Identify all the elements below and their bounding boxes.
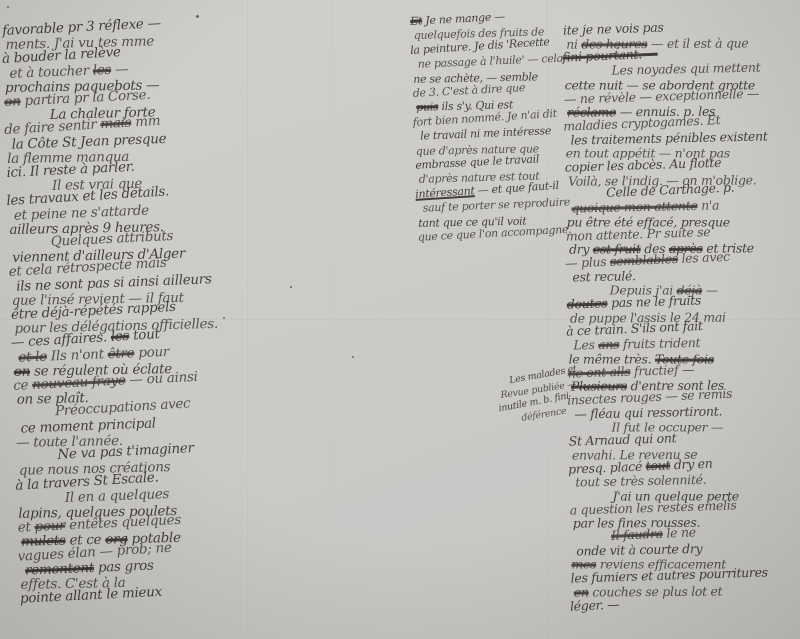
handwriting-text: Je ne mange — (422, 10, 506, 27)
handwriting-text: mm (131, 113, 161, 131)
struck-out-text: les (92, 61, 111, 78)
manuscript-page: favorable pr 3 réflexe —ments. J'ai vu t… (0, 0, 800, 639)
handwritten-line: onde vit à courte dry (576, 539, 800, 558)
handwritten-line: quoique mon attente n'a (571, 197, 800, 216)
handwriting-text: — ou ainsi (125, 369, 198, 389)
handwriting-text: fructief — (630, 361, 694, 378)
handwriting-text: pas ne le fruits (607, 292, 701, 310)
paper-speck (352, 356, 354, 358)
paper-speck (290, 286, 292, 288)
struck-out-text: Et (410, 14, 423, 28)
struck-out-text: ans (598, 337, 619, 352)
handwriting-text: onde vit à courte dry (576, 541, 702, 559)
struck-out-text: Il faudra (611, 526, 663, 543)
handwriting-text: ite je ne vois pas (563, 19, 664, 37)
handwriting-text: le ne (662, 524, 696, 540)
handwriting-text: fruits trident (619, 335, 700, 352)
handwriting-text: tout (129, 327, 160, 345)
handwriting-text: Les noyades qui mettent (611, 60, 760, 78)
handwritten-line: ite je ne vois pas (563, 16, 799, 37)
handwritten-line: tout se très solennité. (575, 471, 800, 490)
text-column-middle: Et Je ne mange —quelquefois des fruits d… (409, 9, 585, 245)
handwriting-text: n'a (697, 198, 719, 213)
text-column-left: favorable pr 3 réflexe —ments. J'ai vu t… (1, 16, 269, 606)
handwritten-line: est reculé. (572, 265, 800, 284)
handwritten-line: — fléau qui ressortiront. (574, 402, 800, 421)
handwriting-text: St Arnaud qui ont (568, 430, 676, 448)
struck-out-text: quoique mon attente (571, 198, 697, 216)
struck-out-text: tout (645, 457, 670, 473)
handwritten-line: les traitements pénibles existent (570, 128, 800, 147)
handwritten-line: Les ans fruits trident (573, 334, 800, 353)
paper-speck (7, 6, 9, 8)
fold-crease-vertical-middle (331, 0, 333, 639)
handwriting-text: — (111, 61, 129, 78)
struck-out-text: on (4, 93, 21, 110)
handwriting-text: Les (573, 337, 598, 353)
struck-out-text: puis (416, 101, 438, 115)
handwriting-text: — fléau qui ressortiront. (574, 403, 722, 421)
struck-out-text: semblables (610, 251, 679, 269)
handwriting-text: pas gros (94, 557, 154, 575)
struck-out-text: être (107, 345, 134, 362)
handwriting-text: léger. — (570, 596, 620, 613)
handwriting-text: pour (134, 344, 169, 361)
handwriting-text: dry en (670, 455, 713, 472)
text-column-right: ite je ne vois pasni des heures — et il … (562, 20, 800, 612)
handwriting-text: les avec (678, 249, 731, 266)
struck-out-text: mais (100, 115, 132, 133)
struck-out-text: les (110, 328, 129, 345)
struck-out-text: doutes (567, 295, 608, 311)
handwriting-text: tout se très solennité. (575, 472, 706, 490)
underlined-text: intéressant (415, 184, 475, 201)
